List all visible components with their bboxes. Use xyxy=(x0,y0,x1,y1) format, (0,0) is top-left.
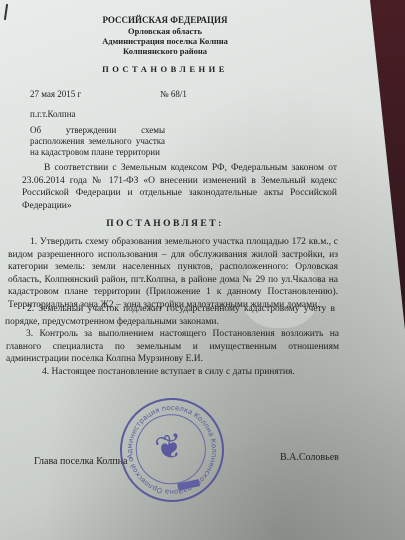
header-district: Колпнянского района xyxy=(0,45,330,57)
document-number: № 68/1 xyxy=(160,88,187,100)
resolve-heading: ПОСТАНОВЛЯЕТ: xyxy=(0,218,330,230)
signature-name: В.А.Соловьев xyxy=(280,452,339,464)
document-place: п.г.т.Колпна xyxy=(30,108,76,120)
item-3: 3. Контроль за выполнением настоящего По… xyxy=(6,328,339,366)
item-4: 4. Настоящее постановление вступает в си… xyxy=(42,366,342,379)
signature-position: Глава поселка Колпна xyxy=(34,456,127,468)
document-subject: Об утверждении схемы расположения земель… xyxy=(30,125,165,158)
item-2: 2. Земельный участок подлежит государств… xyxy=(5,303,335,328)
item-1: 1. Утвердить схему образования земельног… xyxy=(8,236,338,311)
document-date: 27 мая 2015 г xyxy=(30,88,81,100)
preamble: В соответствии с Земельным кодексом РФ, … xyxy=(22,162,337,212)
document-type: ПОСТАНОВЛЕНИЕ xyxy=(0,63,330,75)
